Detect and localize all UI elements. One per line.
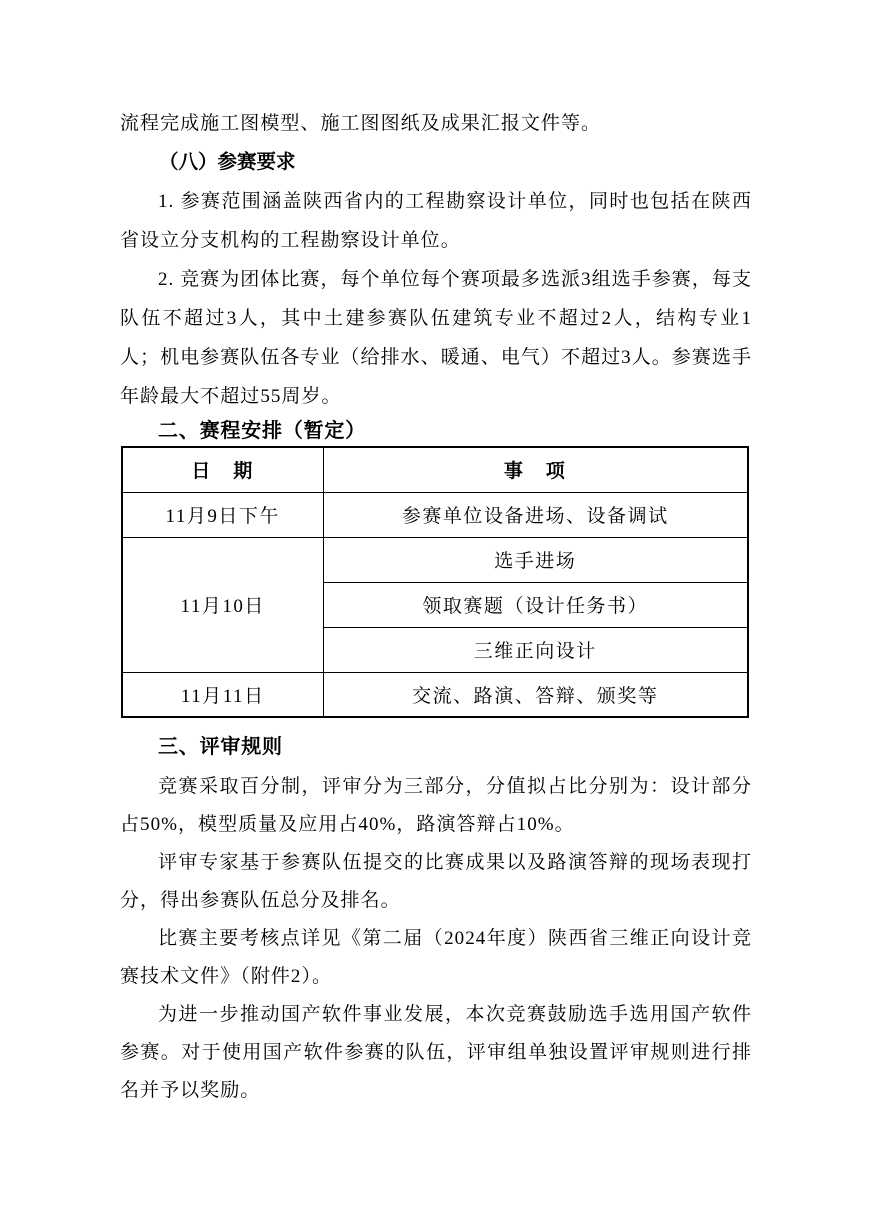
table-row: 11月9日下午 参赛单位设备进场、设备调试 [122,492,748,537]
item-column-header: 事 项 [323,447,748,492]
schedule-section-heading: 二、赛程安排（暂定） [120,416,752,446]
continuation-paragraph: 流程完成施工图模型、施工图图纸及成果汇报文件等。 [120,104,752,143]
team-rules-paragraph: 2. 竞赛为团体比赛，每个单位每个赛项最多选派3组选手参赛，每支队伍不超过3人，… [120,260,752,416]
expert-scoring-paragraph: 评审专家基于参赛队伍提交的比赛成果以及路演答辩的现场表现打分，得出参赛队伍总分及… [120,844,752,920]
item-cell: 领取赛题（设计任务书） [323,582,748,627]
page-content: 流程完成施工图模型、施工图图纸及成果汇报文件等。 （八）参赛要求 1. 参赛范围… [0,0,870,1110]
item-cell: 选手进场 [323,537,748,582]
table-row: 11月10日 选手进场 [122,537,748,582]
section-8-heading: （八）参赛要求 [120,143,752,182]
item-cell: 参赛单位设备进场、设备调试 [323,492,748,537]
table-header-row: 日 期 事 项 [122,447,748,492]
item-cell: 交流、路演、答辩、颁奖等 [323,672,748,717]
item-cell: 三维正向设计 [323,627,748,672]
date-cell-merged: 11月10日 [122,537,323,672]
document-page: { "document": { "continuation_line": "流程… [0,0,870,1231]
technical-document-reference-paragraph: 比赛主要考核点详见《第二届（2024年度）陕西省三维正向设计竞赛技术文件》（附件… [120,920,752,996]
participation-scope-paragraph: 1. 参赛范围涵盖陕西省内的工程勘察设计单位，同时也包括在陕西省设立分支机构的工… [120,182,752,260]
review-section-heading: 三、评审规则 [120,732,752,762]
date-column-header: 日 期 [122,447,323,492]
domestic-software-paragraph: 为进一步推动国产软件事业发展，本次竞赛鼓励选手选用国产软件参赛。对于使用国产软件… [120,996,752,1110]
table-row: 11月11日 交流、路演、答辩、颁奖等 [122,672,748,717]
date-cell: 11月11日 [122,672,323,717]
date-cell: 11月9日下午 [122,492,323,537]
scoring-split-paragraph: 竞赛采取百分制，评审分为三部分，分值拟占比分别为：设计部分占50%，模型质量及应… [120,768,752,844]
schedule-table: 日 期 事 项 11月9日下午 参赛单位设备进场、设备调试 11月10日 选手进… [121,446,749,718]
